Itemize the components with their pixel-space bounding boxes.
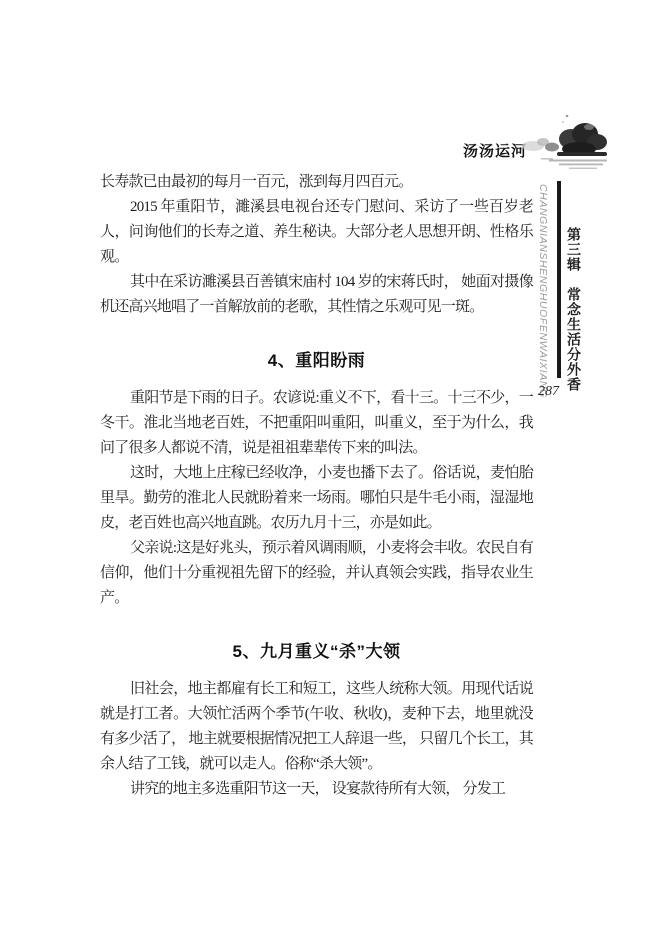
chapter-pinyin-vertical: CHANGNIANSHENGHUOFENWAIXIANG	[537, 184, 549, 384]
body-text-column: 长寿款已由最初的每月一百元，涨到每月四百元。 2015 年重阳节，濉溪县电视台还…	[100, 170, 533, 802]
chapter-divider-bar	[557, 181, 561, 378]
body-paragraph: 讲究的地主多选重阳节这一天， 设宴款待所有大领， 分发工	[100, 777, 533, 802]
body-paragraph: 2015 年重阳节，濉溪县电视台还专门慰问、采访了一些百岁老人，问询他们的长寿之…	[100, 195, 533, 270]
body-paragraph: 旧社会，地主都雇有长工和短工，这些人统称大领。用现代话说就是打工者。大领忙活两个…	[100, 677, 533, 777]
scanned-book-page: 汤汤运河 CHANGNIANSHENGHUOFENWAIXIANG 第三辑 常念…	[0, 0, 665, 929]
chapter-label-vertical: 第三辑 常念生活分外香	[562, 227, 582, 392]
book-title: 汤汤运河	[463, 140, 527, 161]
body-paragraph: 长寿款已由最初的每月一百元，涨到每月四百元。	[100, 170, 533, 195]
ink-wash-art-icon	[519, 106, 621, 174]
page-number: 287	[538, 384, 559, 400]
body-paragraph: 这时，大地上庄稼已经收净，小麦也播下去了。俗话说，麦怕胎里旱。勤劳的淮北人民就盼…	[100, 461, 533, 536]
body-paragraph: 父亲说:这是好兆头，预示着风调雨顺，小麦将会丰收。农民自有信仰，他们十分重视祖先…	[100, 536, 533, 611]
section-heading: 4、重阳盼雨	[100, 348, 533, 373]
body-paragraph: 其中在采访濉溪县百善镇宋庙村 104 岁的宋蒋氏时， 她面对摄像机还高兴地唱了一…	[100, 270, 533, 320]
section-heading: 5、九月重义“杀”大领	[100, 639, 533, 664]
body-paragraph: 重阳节是下雨的日子。农谚说:重义不下，看十三。十三不少，一冬干。淮北当地老百姓，…	[100, 386, 533, 461]
